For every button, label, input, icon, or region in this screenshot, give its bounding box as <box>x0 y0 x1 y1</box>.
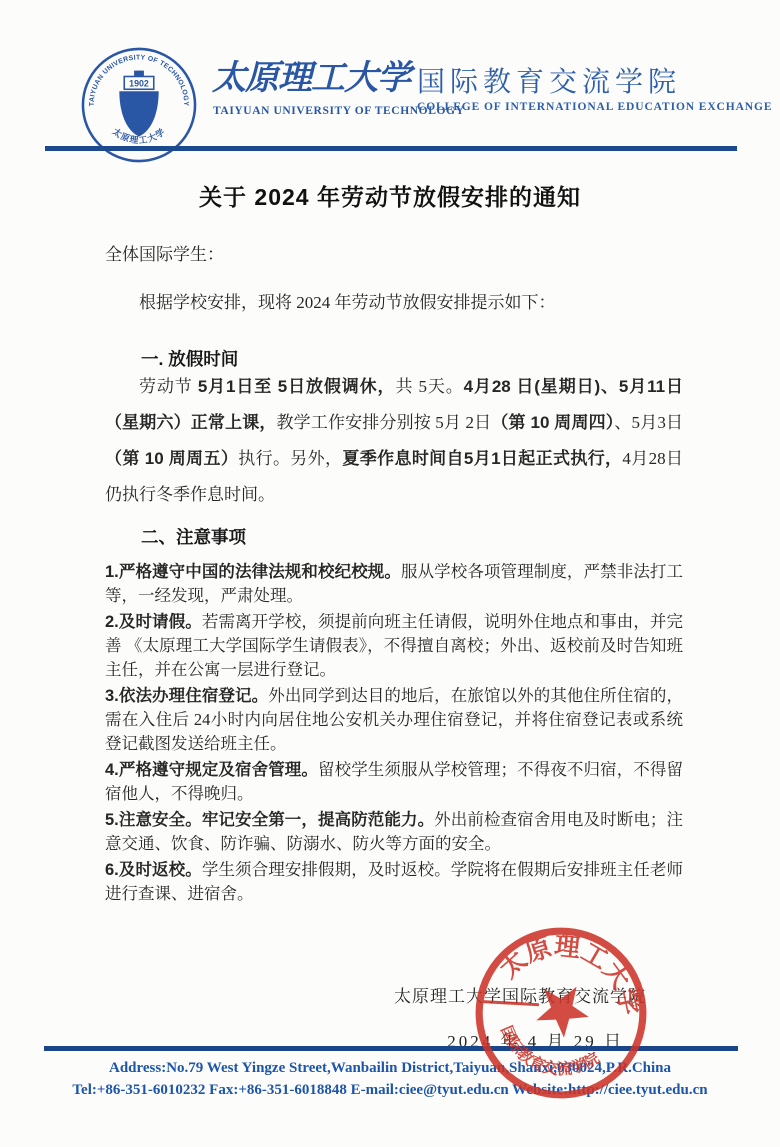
logo-year-text: 1902 <box>129 78 149 88</box>
stamp-star-icon <box>528 973 599 1043</box>
notice-item-5: 5.注意安全。牢记安全第一，提高防范能力。外出前检查宿舍用电及时断电；注意交通、… <box>105 808 683 856</box>
notice-item-3: 3.依法办理住宿登记。外出同学到达目的地后，在旅馆以外的其他住所住宿的，需在入住… <box>105 684 683 756</box>
notice-item-1: 1.严格遵守中国的法律法规和校纪校规。服从学校各项管理制度，严禁非法打工等，一经… <box>105 560 683 608</box>
intro-paragraph: 根据学校安排，现将 2024 年劳动节放假安排提示如下： <box>105 288 682 313</box>
notice-item-6: 6.及时返校。学生须合理安排假期，及时返校。学院将在假期后安排班主任老师进行查课… <box>105 858 683 906</box>
footer-contact: Tel:+86-351-6010232 Fax:+86-351-6018848 … <box>0 1082 780 1099</box>
notice-item-4: 4.严格遵守规定及宿舍管理。留校学生须服从学校管理；不得夜不归宿，不得留宿他人，… <box>105 758 683 806</box>
university-name-cn: 太原理工大学 <box>212 50 412 99</box>
university-name-en: TAIYUAN UNIVERSITY OF TECHNOLOGY <box>213 105 413 117</box>
section1-heading: 一. 放假时间 <box>141 346 238 371</box>
stamp-smear-line <box>483 988 539 1018</box>
official-red-stamp: 太原理工大学 国际教育交流学院 <box>472 924 650 1102</box>
svg-text:国际教育交流学院: 国际教育交流学院 <box>488 1018 607 1092</box>
footer-address: Address:No.79 West Yingze Street,Wanbail… <box>0 1060 780 1077</box>
college-name-en: COLLEGE OF INTERNATIONAL EDUCATION EXCHA… <box>417 101 772 113</box>
notice-items-list: 1.严格遵守中国的法律法规和校纪校规。服从学校各项管理制度，严禁非法打工等，一经… <box>105 560 683 908</box>
notice-title: 关于 2024 年劳动节放假安排的通知 <box>0 179 780 212</box>
notice-item-2: 2.及时请假。若需离开学校，须提前向班主任请假，说明外住地点和事由，并完善 《太… <box>105 610 683 682</box>
header-divider-rule <box>45 146 737 151</box>
section1-paragraph: 劳动节 5月1日至 5日放假调休，共 5天。4月28 日(星期日)、5月11日（… <box>105 369 683 513</box>
notice-page: TAIYUAN UNIVERSITY OF TECHNOLOGY 太原理工大学 … <box>0 0 780 1147</box>
logo-bell-handle <box>134 71 144 77</box>
stamp-bottom-arc-text: 国际教育交流学院 <box>488 1018 607 1092</box>
salutation: 全体国际学生： <box>105 240 224 265</box>
college-name-cn: 国际教育交流学院 <box>417 60 681 100</box>
section2-heading: 二、注意事项 <box>141 524 246 549</box>
